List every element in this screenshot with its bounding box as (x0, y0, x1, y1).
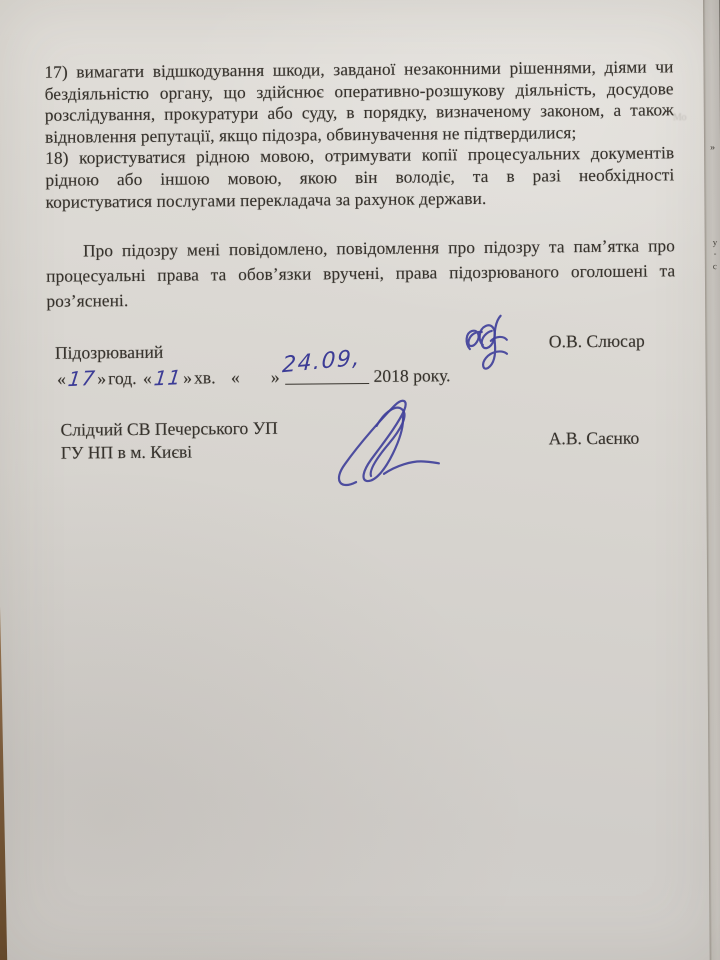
handwritten-minute: 11 (152, 365, 182, 390)
date-blank-line: 24.09, (285, 367, 369, 385)
quote-mark: « (143, 368, 152, 388)
body-text: 17) вимагати відшкодування шкоди, завдан… (44, 56, 675, 314)
handwritten-date: 24.09, (282, 346, 362, 378)
hour-unit: год. (108, 368, 137, 388)
investigator-title-line2: ГУ НП в м. Києві (61, 440, 278, 465)
bleed-through-smudge: Мо (673, 112, 687, 123)
document-page: 17) вимагати відшкодування шкоди, завдан… (0, 0, 720, 960)
quote-mark: « (57, 369, 66, 389)
legal-item-17: 17) вимагати відшкодування шкоди, завдан… (44, 56, 674, 148)
minute-unit: хв. (194, 367, 216, 387)
quote-mark: » (183, 368, 192, 388)
time-date-line: «17»год. «11»хв. «»24.09,2018 року. (55, 362, 451, 390)
quote-mark: « (231, 367, 240, 387)
investigator-name: А.В. Саєнко (549, 428, 640, 450)
suspect-name: О.В. Слюсар (549, 331, 645, 353)
quote-mark: » (97, 368, 106, 388)
investigator-title-line1: Слідчий СВ Печерського УП (60, 417, 277, 442)
text-line: роз’яснені. (46, 283, 675, 313)
year-label: 2018 року. (373, 365, 450, 386)
photographed-document: » у - с 17) вимагати відшкодування шкоди… (0, 0, 720, 960)
suspect-signature-block: Підозрюваний «17»год. «11»хв. «»24.09,20… (55, 339, 451, 390)
quote-mark: » (271, 367, 280, 387)
investigator-signature-ink (325, 395, 442, 490)
acknowledgment-paragraph: Про підозру мені повідомлено, повідомлен… (46, 233, 676, 313)
suspect-signature-ink (461, 311, 516, 371)
suspect-label: Підозрюваний (55, 339, 451, 363)
investigator-block: Слідчий СВ Печерського УП ГУ НП в м. Киє… (60, 417, 278, 464)
handwritten-hour: 17 (66, 366, 96, 391)
legal-item-18: 18) користуватися рідною мовою, отримува… (45, 143, 675, 213)
